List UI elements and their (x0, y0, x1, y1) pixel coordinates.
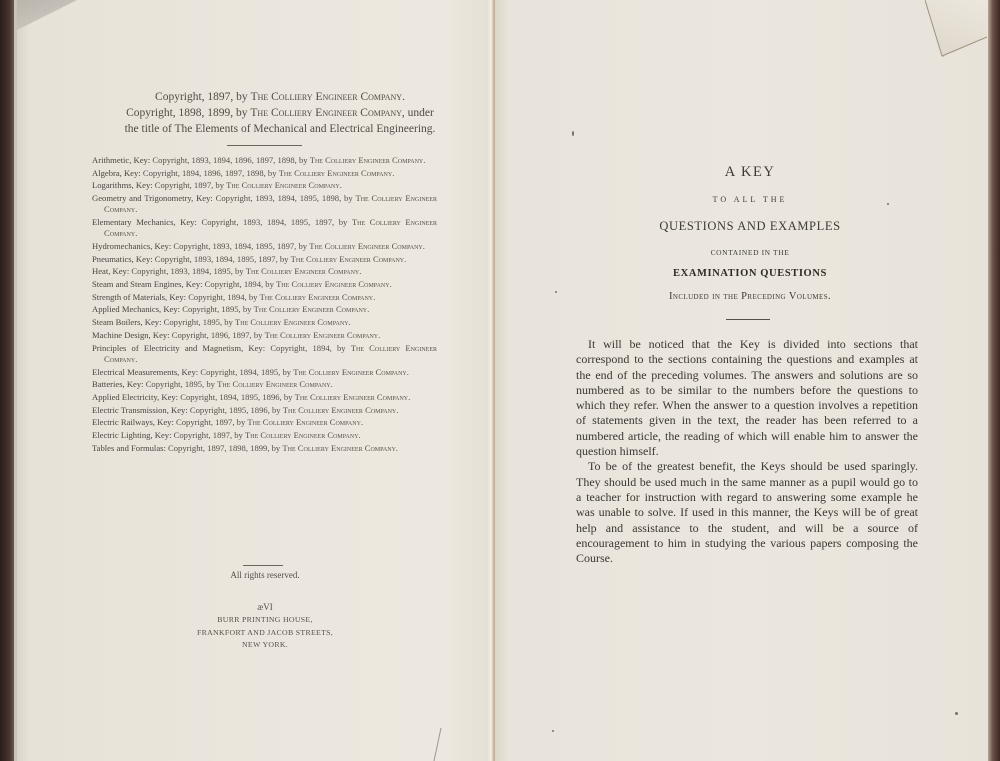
paragraph: To be of the greatest benefit, the Keys … (576, 459, 918, 566)
key-copyright-text: Copyright, 1894, by The Colliery Enginee… (188, 292, 375, 302)
printer-imprint: BURR PRINTING HOUSE, FRANKFORT AND JACOB… (180, 614, 350, 652)
title-subline: CONTAINED IN THE (660, 248, 840, 257)
key-copyright-text: Copyright, 1894, by The Colliery Enginee… (205, 279, 392, 289)
key-copyright-text: Copyright, 1897, 1898, 1899, by The Coll… (168, 443, 398, 453)
paper-speck (572, 131, 574, 136)
title-subline-bold: EXAMINATION QUESTIONS (630, 268, 870, 279)
page-title: A KEY (660, 164, 840, 181)
preface-text: It will be noticed that the Key is divid… (576, 337, 918, 566)
paragraph: It will be noticed that the Key is divid… (576, 337, 918, 459)
key-copyright-text: Copyright, 1897, by The Colliery Enginee… (155, 180, 342, 190)
key-copyright-text: Copyright, 1893, 1894, 1895, 1897, by Th… (155, 254, 407, 264)
rights-reserved: All rights reserved. (200, 570, 330, 580)
key-copyright-item: Pneumatics, Key: Copyright, 1893, 1894, … (92, 254, 437, 265)
copyright-line: Copyright, 1897, by The Colliery Enginee… (100, 89, 460, 105)
key-title: Heat, Key: (92, 266, 129, 276)
key-title: Applied Electricity, Key: (92, 392, 178, 402)
printer-line: FRANKFORT AND JACOB STREETS, (180, 627, 350, 640)
key-copyright-item: Geometry and Trigonometry, Key: Copyrigh… (92, 193, 437, 216)
key-title: Geometry and Trigonometry, Key: (92, 193, 213, 203)
key-copyright-item: Electric Transmission, Key: Copyright, 1… (92, 405, 437, 416)
key-title: Hydromechanics, Key: (92, 241, 171, 251)
key-copyright-item: Steam and Steam Engines, Key: Copyright,… (92, 279, 437, 290)
key-copyright-item: Tables and Formulas: Copyright, 1897, 18… (92, 443, 437, 454)
key-title: Batteries, Key: (92, 379, 144, 389)
key-title: Strength of Materials, Key: (92, 292, 186, 302)
paper-speck (955, 712, 958, 715)
key-copyright-text: Copyright, 1893, 1894, 1895, by The Coll… (131, 266, 361, 276)
key-title: Electric Lighting, Key: (92, 430, 171, 440)
key-title: Principles of Electricity and Magnetism,… (92, 343, 265, 353)
key-title: Pneumatics, Key: (92, 254, 153, 264)
key-title: Electric Transmission, Key: (92, 405, 188, 415)
key-copyright-text: Copyright, 1895, by The Colliery Enginee… (182, 304, 369, 314)
key-title: Electrical Measurements, Key: (92, 367, 198, 377)
key-copyright-item: Logarithms, Key: Copyright, 1897, by The… (92, 180, 437, 191)
key-title: Arithmetic, Key: (92, 155, 150, 165)
key-copyright-item: Strength of Materials, Key: Copyright, 1… (92, 292, 437, 303)
key-copyright-item: Machine Design, Key: Copyright, 1896, 18… (92, 330, 437, 341)
copyright-notice: Copyright, 1897, by The Colliery Enginee… (100, 89, 460, 137)
key-copyright-text: Copyright, 1895, by The Colliery Enginee… (164, 317, 351, 327)
key-copyright-text: Copyright, 1897, by The Colliery Enginee… (174, 430, 361, 440)
divider-rule (227, 145, 302, 146)
copyright-line: Copyright, 1898, 1899, by The Colliery E… (100, 105, 460, 121)
key-copyright-text: Copyright, 1895, by The Colliery Enginee… (146, 379, 333, 389)
key-title: Machine Design, Key: (92, 330, 170, 340)
key-copyright-item: Applied Electricity, Key: Copyright, 189… (92, 392, 437, 403)
title-subline: Included in the Preceding Volumes. (610, 291, 890, 302)
key-copyright-text: Copyright, 1895, 1896, by The Colliery E… (190, 405, 399, 415)
divider-rule (726, 319, 770, 320)
left-binding-edge (0, 0, 14, 761)
divider-rule (243, 565, 283, 566)
key-title: Algebra, Key: (92, 168, 141, 178)
key-copyright-item: Elementary Mechanics, Key: Copyright, 18… (92, 217, 437, 240)
key-copyright-text: Copyright, 1894, 1895, 1896, by The Coll… (180, 392, 410, 402)
page-mark: æVI (250, 602, 280, 612)
book-spread: Copyright, 1897, by The Colliery Enginee… (0, 0, 1000, 761)
key-copyright-item: Principles of Electricity and Magnetism,… (92, 343, 437, 366)
key-copyright-item: Electrical Measurements, Key: Copyright,… (92, 367, 437, 378)
right-binding-edge (988, 0, 1000, 761)
title-subline: TO ALL THE (660, 195, 840, 204)
paper-speck (887, 203, 889, 205)
key-copyright-text: Copyright, 1893, 1894, 1895, 1897, by Th… (173, 241, 425, 251)
key-copyright-item: Electric Lighting, Key: Copyright, 1897,… (92, 430, 437, 441)
key-copyright-list: Arithmetic, Key: Copyright, 1893, 1894, … (92, 155, 437, 455)
printer-line: BURR PRINTING HOUSE, (180, 614, 350, 627)
key-copyright-item: Algebra, Key: Copyright, 1894, 1896, 189… (92, 168, 437, 179)
key-copyright-text: Copyright, 1897, by The Colliery Enginee… (176, 417, 363, 427)
key-copyright-item: Electric Railways, Key: Copyright, 1897,… (92, 417, 437, 428)
key-copyright-item: Steam Boilers, Key: Copyright, 1895, by … (92, 317, 437, 328)
paper-speck (552, 730, 554, 732)
key-title: Applied Mechanics, Key: (92, 304, 180, 314)
key-copyright-text: Copyright, 1894, 1895, by The Colliery E… (200, 367, 409, 377)
key-title: Tables and Formulas: (92, 443, 166, 453)
key-copyright-item: Heat, Key: Copyright, 1893, 1894, 1895, … (92, 266, 437, 277)
key-copyright-item: Batteries, Key: Copyright, 1895, by The … (92, 379, 437, 390)
key-copyright-item: Hydromechanics, Key: Copyright, 1893, 18… (92, 241, 437, 252)
key-copyright-text: Copyright, 1894, 1896, 1897, 1898, by Th… (143, 168, 395, 178)
key-copyright-item: Applied Mechanics, Key: Copyright, 1895,… (92, 304, 437, 315)
key-title: Elementary Mechanics, Key: (92, 217, 197, 227)
key-title: Steam Boilers, Key: (92, 317, 161, 327)
key-title: Logarithms, Key: (92, 180, 153, 190)
paper-speck (555, 291, 557, 293)
key-title: Electric Railways, Key: (92, 417, 174, 427)
key-title: Steam and Steam Engines, Key: (92, 279, 203, 289)
title-subline: QUESTIONS AND EXAMPLES (620, 219, 880, 234)
key-copyright-text: Copyright, 1896, 1897, by The Colliery E… (172, 330, 381, 340)
key-copyright-item: Arithmetic, Key: Copyright, 1893, 1894, … (92, 155, 437, 166)
key-copyright-text: Copyright, 1893, 1894, 1896, 1897, 1898,… (152, 155, 425, 165)
printer-line: NEW YORK. (180, 639, 350, 652)
copyright-line: the title of The Elements of Mechanical … (100, 121, 460, 137)
